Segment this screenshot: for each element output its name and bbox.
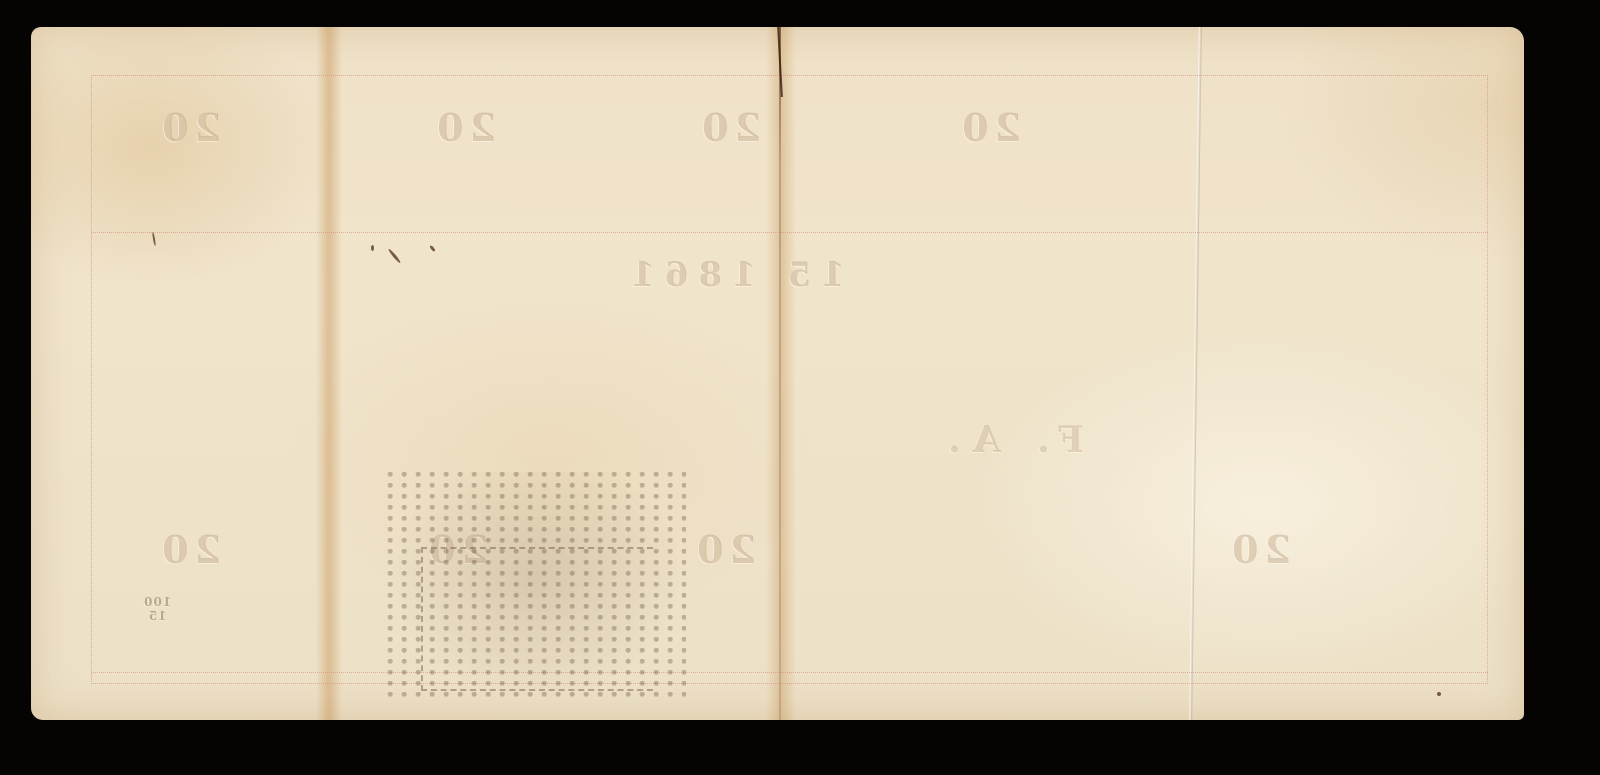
- paper-sheet: 20 20 20 20 15 1861 F. A. 20 20 20 20 10…: [31, 27, 1524, 720]
- impression-denomination: 20: [156, 527, 221, 572]
- ink-offset-frame: [421, 547, 653, 691]
- impression-denomination: 20: [691, 527, 756, 572]
- impression-date: 15 1861: [621, 255, 845, 295]
- impression-signature: F. A.: [936, 419, 1083, 461]
- small-serial-marks: 100 15: [143, 595, 171, 623]
- upper-rule-line: [91, 232, 1488, 233]
- impression-denomination: 20: [1226, 527, 1291, 572]
- ink-speck: [1437, 692, 1441, 696]
- impression-denomination: 20: [696, 105, 761, 150]
- impression-denomination: 20: [156, 105, 221, 150]
- ink-speck: [371, 245, 374, 251]
- small-mark: 15: [143, 609, 171, 623]
- lower-rule-line: [91, 672, 1488, 673]
- small-mark: 100: [143, 595, 171, 609]
- impression-denomination: 20: [431, 105, 496, 150]
- outer-frame-line: [91, 75, 1488, 684]
- impression-denomination: 20: [956, 105, 1021, 150]
